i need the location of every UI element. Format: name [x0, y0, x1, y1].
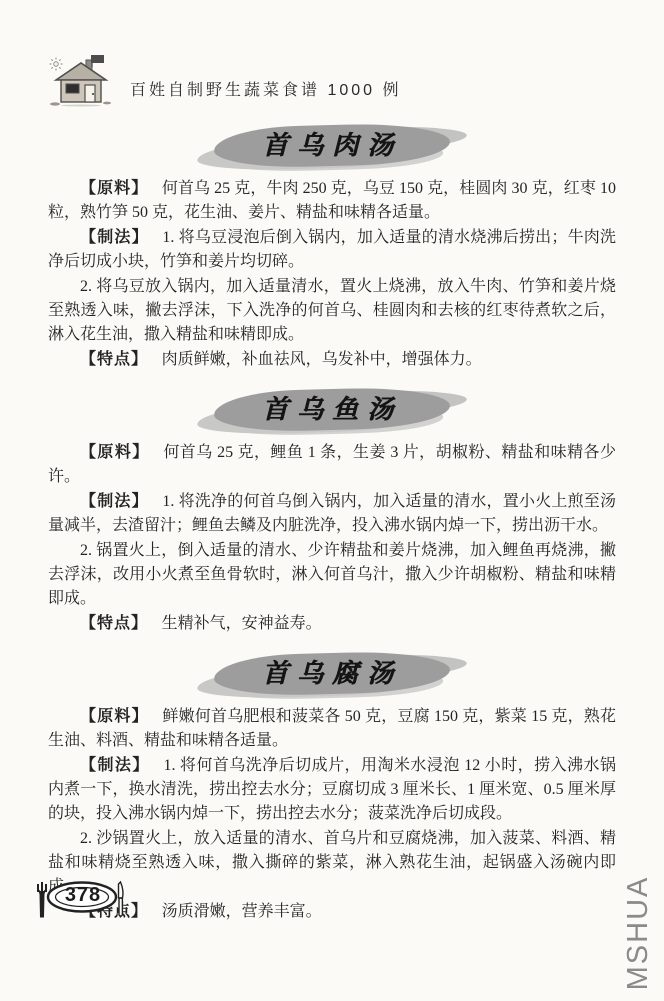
features-paragraph: 【特点】汤质滑嫩，营养丰富。 [48, 900, 616, 924]
method-step-paragraph: 2. 锅置火上，倒入适量的清水、少许精盐和姜片烧沸，加入鲤鱼再烧沸，撇去浮沫，改… [48, 539, 616, 611]
recipe-title: 首乌腐汤 [262, 659, 402, 688]
method-step-paragraph: 【制法】1. 将乌豆浸泡后倒入锅内，加入适量的清水烧沸后捞出；牛肉洗净后切成小块… [48, 226, 616, 274]
method-step-paragraph: 2. 沙锅置火上，放入适量的清水、首乌片和豆腐烧沸，加入菠菜、料酒、精盐和味精烧… [48, 827, 616, 899]
paragraph-text: 汤质滑嫩，营养丰富。 [162, 903, 322, 920]
brush-stroke-background: 首乌鱼汤 [230, 384, 434, 433]
book-page: 百姓自制野生蔬菜食谱 1000 例 首乌肉汤 【原料】何首乌 25 克，牛肉 2… [0, 0, 664, 1001]
features-paragraph: 【特点】生精补气，安神益寿。 [48, 612, 616, 636]
ingredients-paragraph: 【原料】何首乌 25 克，鲤鱼 1 条，生姜 3 片，胡椒粉、精盐和味精各少许。 [48, 441, 616, 489]
house-icon [48, 54, 112, 108]
method-step-paragraph: 【制法】1. 将何首乌洗净后切成片，用淘米水浸泡 12 小时，捞入沸水锅内煮一下… [48, 754, 616, 826]
page-header: 百姓自制野生蔬菜食谱 1000 例 [48, 54, 616, 108]
paragraph-text: 肉质鲜嫩，补血祛风，乌发补中，增强体力。 [162, 351, 482, 368]
recipe-title: 首乌鱼汤 [262, 395, 402, 424]
paragraph-text: 2. 锅置火上，倒入适量的清水、少许精盐和姜片烧沸，加入鲤鱼再烧沸，撇去浮沫，改… [48, 542, 616, 607]
recipe-title-block: 首乌腐汤 [48, 648, 616, 697]
watermark-text: MSHUA [622, 873, 652, 993]
sun-glyph [50, 58, 63, 71]
features-paragraph: 【特点】肉质鲜嫩，补血祛风，乌发补中，增强体力。 [48, 348, 616, 372]
recipe-title: 首乌肉汤 [262, 131, 402, 160]
recipe-shouwu-routang: 首乌肉汤 【原料】何首乌 25 克，牛肉 250 克，乌豆 150 克，桂圆肉 … [48, 120, 616, 372]
paragraph-label: 【制法】 [80, 493, 149, 510]
paragraph-label: 【特点】 [80, 351, 148, 368]
ingredients-paragraph: 【原料】鲜嫩何首乌肥根和菠菜各 50 克，豆腐 150 克，紫菜 15 克，熟花… [48, 705, 616, 753]
paragraph-label: 【特点】 [80, 615, 148, 632]
page-number: 378 [54, 884, 112, 907]
method-step-paragraph: 【制法】1. 将洗净的何首乌倒入锅内，加入适量的清水，置小火上煎至汤量减半，去渣… [48, 490, 616, 538]
paragraph-label: 【原料】 [80, 708, 149, 725]
paragraph-label: 【制法】 [80, 229, 149, 246]
paragraph-text: 2. 沙锅置火上，放入适量的清水、首乌片和豆腐烧沸，加入菠菜、料酒、精盐和味精烧… [48, 830, 616, 895]
method-step-paragraph: 2. 将乌豆放入锅内，加入适量清水，置火上烧沸，放入牛肉、竹笋和姜片烧至熟透入味… [48, 275, 616, 347]
recipe-shouwu-futang: 首乌腐汤 【原料】鲜嫩何首乌肥根和菠菜各 50 克，豆腐 150 克，紫菜 15… [48, 648, 616, 924]
paragraph-label: 【制法】 [80, 757, 150, 774]
book-title: 百姓自制野生蔬菜食谱 1000 例 [130, 77, 402, 100]
brush-stroke-background: 首乌肉汤 [230, 120, 434, 169]
page-number-plate: 378 [32, 874, 128, 922]
paragraph-text: 生精补气，安神益寿。 [162, 615, 322, 632]
ingredients-paragraph: 【原料】何首乌 25 克，牛肉 250 克，乌豆 150 克，桂圆肉 30 克，… [48, 177, 616, 225]
recipe-title-block: 首乌肉汤 [48, 120, 616, 169]
brush-stroke-background: 首乌腐汤 [230, 648, 434, 697]
recipe-shouwu-yutang: 首乌鱼汤 【原料】何首乌 25 克，鲤鱼 1 条，生姜 3 片，胡椒粉、精盐和味… [48, 384, 616, 636]
paragraph-text: 2. 将乌豆放入锅内，加入适量清水，置火上烧沸，放入牛肉、竹笋和姜片烧至熟透入味… [48, 278, 616, 343]
recipe-title-block: 首乌鱼汤 [48, 384, 616, 433]
paragraph-label: 【原料】 [80, 444, 150, 461]
paragraph-label: 【原料】 [80, 180, 148, 197]
